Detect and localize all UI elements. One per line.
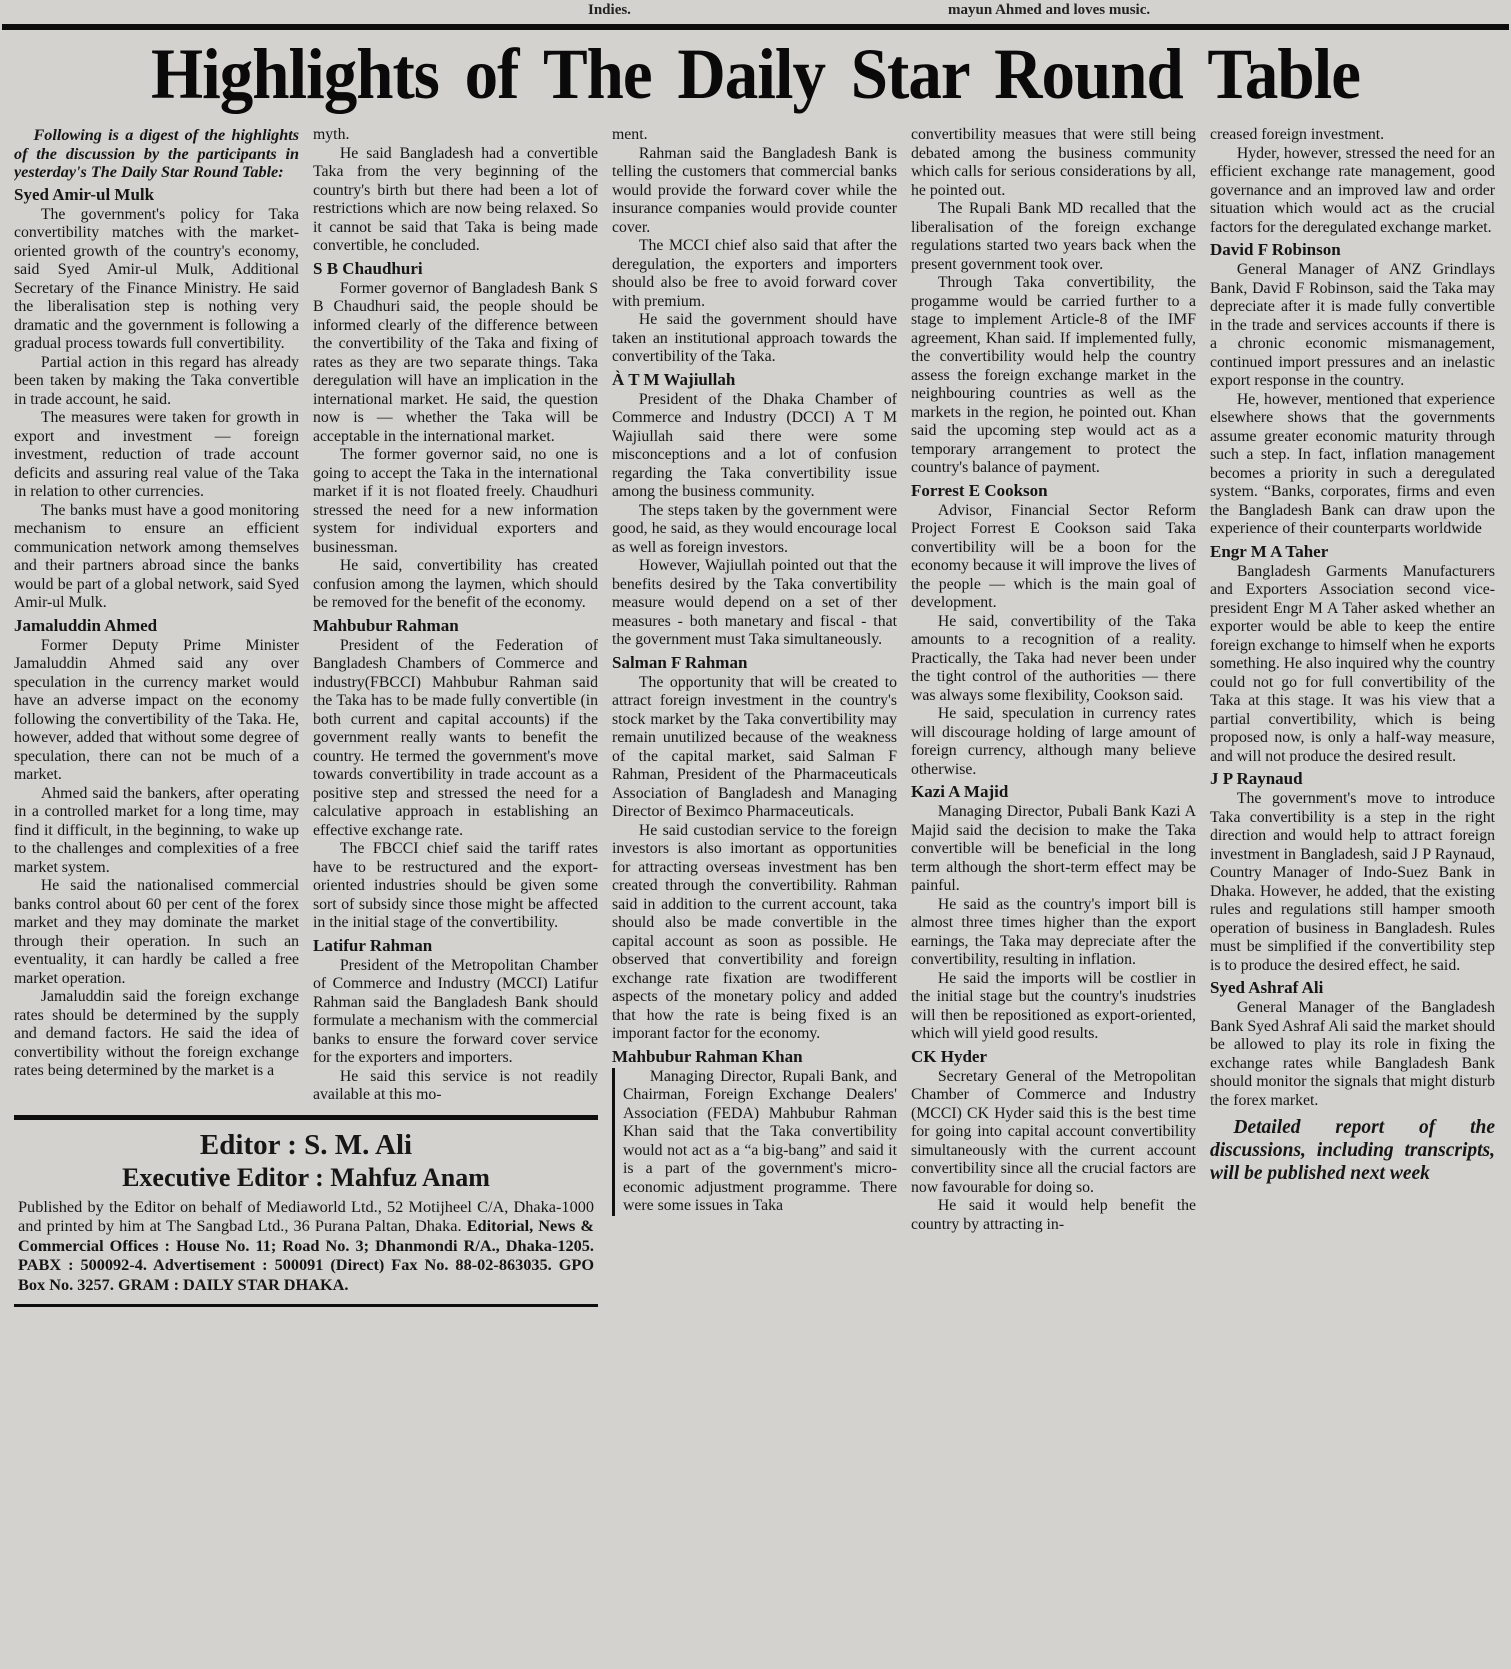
article-column-1: Following is a digest of the highlights … [14,126,299,1105]
article-paragraph: The opportunity that will be created to … [612,674,897,822]
article-paragraph: Former governor of Bangladesh Bank S B C… [313,280,598,447]
article-paragraph: He said custodian service to the foreign… [612,822,897,1044]
article-column-5: creased foreign investment.Hyder, howeve… [1210,126,1495,1307]
article-paragraph: General Manager of ANZ Grindlays Bank, D… [1210,261,1495,391]
speaker-heading: Mahbubur Rahman [313,616,598,635]
article-paragraph: Through Taka convertibility, the progamm… [911,274,1196,478]
speaker-heading: Syed Amir-ul Mulk [14,185,299,204]
article-paragraph: President of the Dhaka Chamber of Commer… [612,391,897,502]
article-paragraph: convertibility measues that were still b… [911,126,1196,200]
page-title: Highlights of The Daily Star Round Table [0,30,1511,123]
speaker-heading: CK Hyder [911,1047,1196,1066]
article-paragraph: General Manager of the Bangladesh Bank S… [1210,999,1495,1110]
speaker-heading: Mahbubur Rahman Khan [612,1047,897,1066]
article-paragraph: Hyder, however, stressed the need for an… [1210,145,1495,238]
left-column-pair: Following is a digest of the highlights … [14,126,598,1307]
article-paragraph: Managing Director, Rupali Bank, and Chai… [612,1068,897,1216]
article-paragraph: Following is a digest of the highlights … [14,126,299,182]
speaker-heading: Jamaluddin Ahmed [14,616,299,635]
article-paragraph: He said it would help benefit the countr… [911,1197,1196,1234]
article-paragraph: Former Deputy Prime Minister Jamaluddin … [14,637,299,785]
article-paragraph: Partial action in this regard has alread… [14,354,299,410]
speaker-heading: S B Chaudhuri [313,259,598,278]
publication-details: Published by the Editor on behalf of Med… [18,1197,594,1295]
article-paragraph: The FBCCI chief said the tariff rates ha… [313,840,598,933]
executive-editor-name-line: Executive Editor : Mahfuz Anam [18,1162,594,1193]
previous-article-fragment-strip: Indies. mayun Ahmed and loves music. [0,0,1511,24]
article-paragraph: He said, convertibility of the Taka amou… [911,613,1196,706]
article-paragraph: The steps taken by the government were g… [612,502,897,558]
article-paragraph: He said the nationalised commercial bank… [14,877,299,988]
article-paragraph: He said, convertibility has created conf… [313,557,598,613]
article-paragraph: However, Wajiullah pointed out that the … [612,557,897,650]
article-paragraph: The former governor said, no one is goin… [313,446,598,557]
editor-name-line: Editor : S. M. Ali [18,1128,594,1162]
article-paragraph: The Rupali Bank MD recalled that the lib… [911,200,1196,274]
article-paragraph: The MCCI chief also said that after the … [612,237,897,311]
speaker-heading: J P Raynaud [1210,769,1495,788]
article-paragraph: Bangladesh Garments Manufacturers and Ex… [1210,563,1495,767]
editor-colophon-box: Editor : S. M. Ali Executive Editor : Ma… [14,1115,598,1308]
speaker-heading: David F Robinson [1210,240,1495,259]
article-paragraph: He said this service is not readily avai… [313,1068,598,1105]
article-paragraph: He said the government should have taken… [612,311,897,367]
fragment-text-right: mayun Ahmed and loves music. [948,2,1150,19]
article-paragraph: Ahmed said the bankers, after operating … [14,785,299,878]
speaker-heading: Engr M A Taher [1210,542,1495,561]
speaker-heading: À T M Wajiullah [612,370,897,389]
article-column-2: myth.He said Bangladesh had a convertibl… [313,126,598,1105]
article-paragraph: President of the Metropolitan Chamber of… [313,957,598,1068]
article-paragraph: He said, speculation in currency rates w… [911,705,1196,779]
article-column-3: ment.Rahman said the Bangladesh Bank is … [612,126,897,1307]
article-paragraph: He said Bangladesh had a convertible Tak… [313,145,598,256]
article-paragraph: He said as the country's import bill is … [911,896,1196,970]
speaker-heading: Salman F Rahman [612,653,897,672]
speaker-heading: Syed Ashraf Ali [1210,978,1495,997]
article-paragraph: The government's policy for Taka convert… [14,206,299,354]
article-paragraph: ment. [612,126,897,145]
article-paragraph: Advisor, Financial Sector Reform Project… [911,502,1196,613]
article-paragraph: The banks must have a good monitoring me… [14,502,299,613]
article-columns: Following is a digest of the highlights … [0,116,1511,1307]
speaker-heading: Forrest E Cookson [911,481,1196,500]
article-column-4: convertibility measues that were still b… [911,126,1196,1307]
newspaper-page: Indies. mayun Ahmed and loves music. Hig… [0,0,1511,1669]
article-paragraph: myth. [313,126,598,145]
speaker-heading: Kazi A Majid [911,782,1196,801]
article-paragraph: President of the Federation of Banglades… [313,637,598,841]
article-paragraph: Secretary General of the Metropolitan Ch… [911,1068,1196,1198]
article-paragraph: He, however, mentioned that experience e… [1210,391,1495,539]
article-paragraph: Detailed report of the discussions, incl… [1210,1116,1495,1185]
article-paragraph: The government's move to introduce Taka … [1210,790,1495,975]
article-paragraph: creased foreign investment. [1210,126,1495,145]
article-paragraph: He said the imports will be costlier in … [911,970,1196,1044]
article-paragraph: Rahman said the Bangladesh Bank is telli… [612,145,897,238]
speaker-heading: Latifur Rahman [313,936,598,955]
article-paragraph: The measures were taken for growth in ex… [14,409,299,502]
article-paragraph: Managing Director, Pubali Bank Kazi A Ma… [911,803,1196,896]
article-paragraph: Jamaluddin said the foreign exchange rat… [14,988,299,1081]
fragment-text-left: Indies. [588,2,631,19]
